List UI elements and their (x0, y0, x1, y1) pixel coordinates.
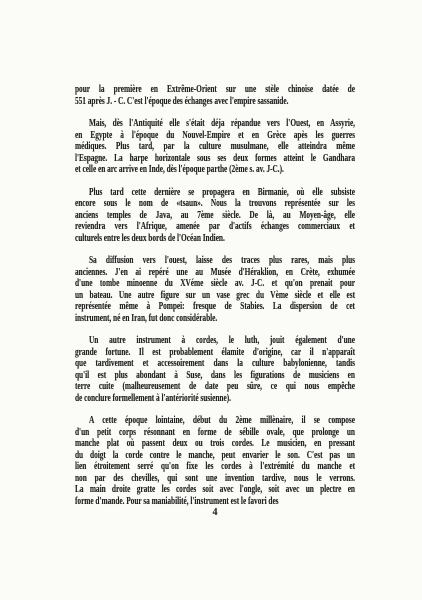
text-line: Un autre instrument à cordes, le luth, j… (75, 335, 355, 347)
text-line: Mais, dès l'Antiquité elle s'était déja … (75, 118, 355, 130)
text-line: qu'il est plus abondant à Suse, dans les… (75, 370, 355, 382)
text-line: pour la première en Extrême-Orient sur u… (75, 84, 355, 96)
text-line: d'une tombe minoenne du XVéme siècle av.… (75, 278, 355, 290)
text-line: terre cuite (malheureusement de date peu… (75, 381, 355, 393)
page-number: 4 (75, 507, 355, 519)
text-line: anciens temples de Java, au 7ème siècle.… (75, 210, 355, 222)
text-line: La main droite gratte les cordes soit av… (75, 484, 355, 496)
text-line: encore sous le nom de «tsaun». Nous la t… (75, 198, 355, 210)
text-line: du doigt la corde contre le manche, peut… (75, 450, 355, 462)
text-line: lien étroitement serré qu'on fixe les co… (75, 461, 355, 473)
text-line: anciennes. J'en ai repéré une au Musée d… (75, 267, 355, 279)
text-line: Plus tard cette dernière se propagera en… (75, 187, 355, 199)
text-line: reviendra vers l'Afrique, amenée par d'a… (75, 221, 355, 233)
text-line: manche plat où passent deux ou trois cor… (75, 438, 355, 450)
text-line: non par des chevilles, qui sont une inve… (75, 473, 355, 485)
text-line: grande fortune. Il est probablement élam… (75, 347, 355, 359)
paragraph: Sa diffusion vers l'ouest, laisse des tr… (75, 255, 355, 324)
paragraph: A cette époque lointaine, début du 2ème … (75, 415, 355, 507)
text-line: forme d'mande. Pour sa maniabilité, l'in… (75, 496, 355, 508)
text-line: A cette époque lointaine, début du 2ème … (75, 415, 355, 427)
paragraph: Plus tard cette dernière se propagera en… (75, 187, 355, 245)
paragraph: Mais, dès l'Antiquité elle s'était déja … (75, 118, 355, 176)
text-line: de conclure formellement à l'antériorité… (75, 393, 355, 405)
text-line: que tardivement et accessoirement dans l… (75, 358, 355, 370)
text-line: Sa diffusion vers l'ouest, laisse des tr… (75, 255, 355, 267)
text-line: 551 après J. - C. C'est l'époque des éch… (75, 96, 355, 108)
page-text: pour la première en Extrême-Orient sur u… (75, 84, 355, 518)
paragraph: pour la première en Extrême-Orient sur u… (75, 84, 355, 107)
text-line: un bateau. Une autre figure sur un vase … (75, 290, 355, 302)
document-page: pour la première en Extrême-Orient sur u… (0, 0, 422, 600)
text-line: et celle en arc arrive en Inde, dès l'ép… (75, 164, 355, 176)
paragraph: Un autre instrument à cordes, le luth, j… (75, 335, 355, 404)
text-line: en Egypte à l'époque du Nouvel-Empire et… (75, 130, 355, 142)
text-line: représentée même à Pompei: fresque de St… (75, 301, 355, 313)
text-line: médiques. Plus tard, par la culture musu… (75, 141, 355, 153)
text-line: d'un petit corps résonnant en forme de s… (75, 427, 355, 439)
text-line: l'Espagne. La harpe horizontale sous ses… (75, 153, 355, 165)
text-line: instrument, né en Iran, fut donc considé… (75, 313, 355, 325)
text-line: culturels entre les deux bords de l'Océa… (75, 233, 355, 245)
